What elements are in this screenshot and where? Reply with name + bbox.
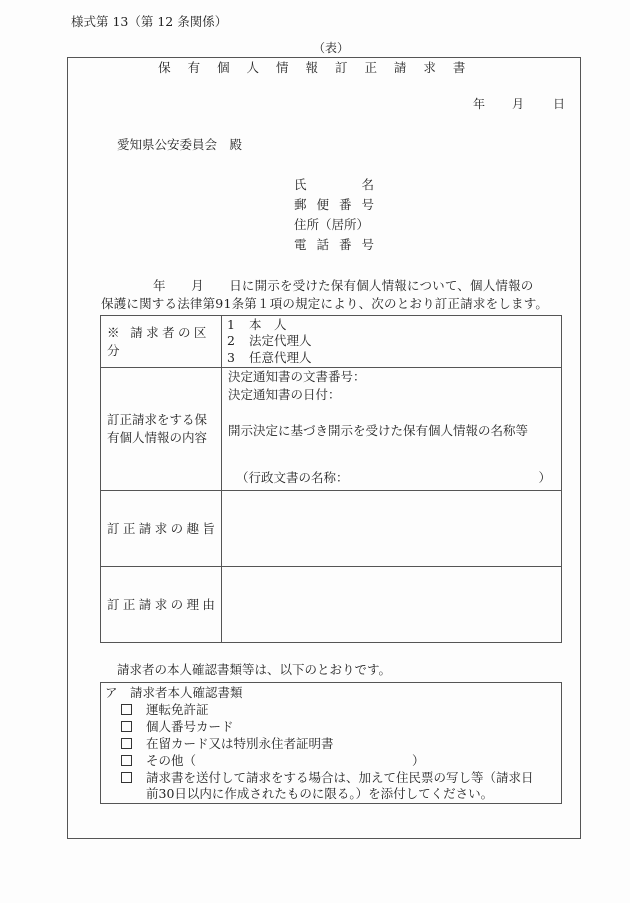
intro-line-2: 保護に関する法律第91条第１項の規定により、次のとおり訂正請求をします。 <box>101 298 548 311</box>
category-option-self[interactable]: 1 本 人 <box>222 317 561 334</box>
postal-code-field-label[interactable]: 郵 便 番 号 <box>294 199 374 212</box>
name-field-label[interactable]: 氏 名 <box>294 179 374 192</box>
date-month-field[interactable]: 月 <box>512 98 524 110</box>
correction-reason-field[interactable] <box>222 567 562 643</box>
info-content-label: 訂正請求をする保 有個人情報の内容 <box>101 368 222 491</box>
correction-purpose-field[interactable] <box>222 491 562 567</box>
decision-doc-date-label: 決定通知書の日付： <box>228 389 341 402</box>
category-option-voluntary-agent[interactable]: 3 任意代理人 <box>222 350 561 367</box>
admin-doc-name-label: （行政文書の名称： <box>236 472 349 485</box>
requester-category-label: ※ 請求者の区分 <box>101 316 222 368</box>
info-content-row: 訂正請求をする保 有個人情報の内容 決定通知書の文書番号： 決定通知書の日付： … <box>101 368 562 491</box>
identity-docs-box: ア 請求者本人確認書類 運転免許証 個人番号カード 在留カード又は特別永住者証明… <box>100 682 562 804</box>
identity-section-title: ア 請求者本人確認書類 <box>105 687 243 700</box>
checkbox-icon[interactable] <box>121 704 132 715</box>
identity-item-drivers-license[interactable]: 運転免許証 <box>121 704 209 717</box>
identity-other-close: ） <box>412 755 425 768</box>
identity-item-other[interactable]: その他（ <box>121 755 196 768</box>
date-day-field[interactable]: 日 <box>553 98 565 110</box>
disclosed-info-name-label: 開示決定に基づき開示を受けた保有個人情報の名称等 <box>228 425 528 438</box>
identity-note-continuation: 前30日以内に作成されたものに限る。）を添付してください。 <box>146 788 493 801</box>
category-option-legal-agent[interactable]: 2 法定代理人 <box>222 333 561 350</box>
page-side-label: （表） <box>313 42 349 54</box>
form-number: 様式第 13（第 12 条関係） <box>71 16 227 29</box>
correction-reason-label: 訂正請求の理由 <box>101 567 222 643</box>
admin-doc-name-close: ） <box>538 472 551 485</box>
date-year-field[interactable]: 年 <box>473 98 485 110</box>
checkbox-icon[interactable] <box>121 755 132 766</box>
phone-field-label[interactable]: 電 話 番 号 <box>294 239 374 252</box>
address-field-label[interactable]: 住所（居所） <box>294 219 374 232</box>
checkbox-icon[interactable] <box>121 772 132 783</box>
identity-item-resident-record[interactable]: 請求書を送付して請求をする場合は、加えて住民票の写し等（請求日 <box>121 772 534 785</box>
correction-purpose-row: 訂正請求の趣旨 <box>101 491 562 567</box>
checkbox-icon[interactable] <box>121 738 132 749</box>
requester-category-options: 1 本 人 2 法定代理人 3 任意代理人 <box>222 316 562 368</box>
correction-reason-row: 訂正請求の理由 <box>101 567 562 643</box>
request-table: ※ 請求者の区分 1 本 人 2 法定代理人 3 任意代理人 訂正請求をする保 … <box>100 315 562 643</box>
decision-doc-number-label: 決定通知書の文書番号： <box>228 371 366 384</box>
intro-line-1: 年 月 日に開示を受けた保有個人情報について、個人情報の <box>153 280 534 293</box>
document-title: 保 有 個 人 情 報 訂 正 請 求 書 <box>0 62 630 75</box>
info-content-cell[interactable]: 決定通知書の文書番号： 決定通知書の日付： 開示決定に基づき開示を受けた保有個人… <box>222 368 562 491</box>
requester-category-row: ※ 請求者の区分 1 本 人 2 法定代理人 3 任意代理人 <box>101 316 562 368</box>
identity-docs-lead: 請求者の本人確認書類等は、以下のとおりです。 <box>117 664 391 677</box>
checkbox-icon[interactable] <box>121 721 132 732</box>
correction-purpose-label: 訂正請求の趣旨 <box>101 491 222 567</box>
identity-item-residence-card[interactable]: 在留カード又は特別永住者証明書 <box>121 738 334 751</box>
addressee: 愛知県公安委員会 殿 <box>117 139 242 152</box>
identity-item-my-number-card[interactable]: 個人番号カード <box>121 721 234 734</box>
